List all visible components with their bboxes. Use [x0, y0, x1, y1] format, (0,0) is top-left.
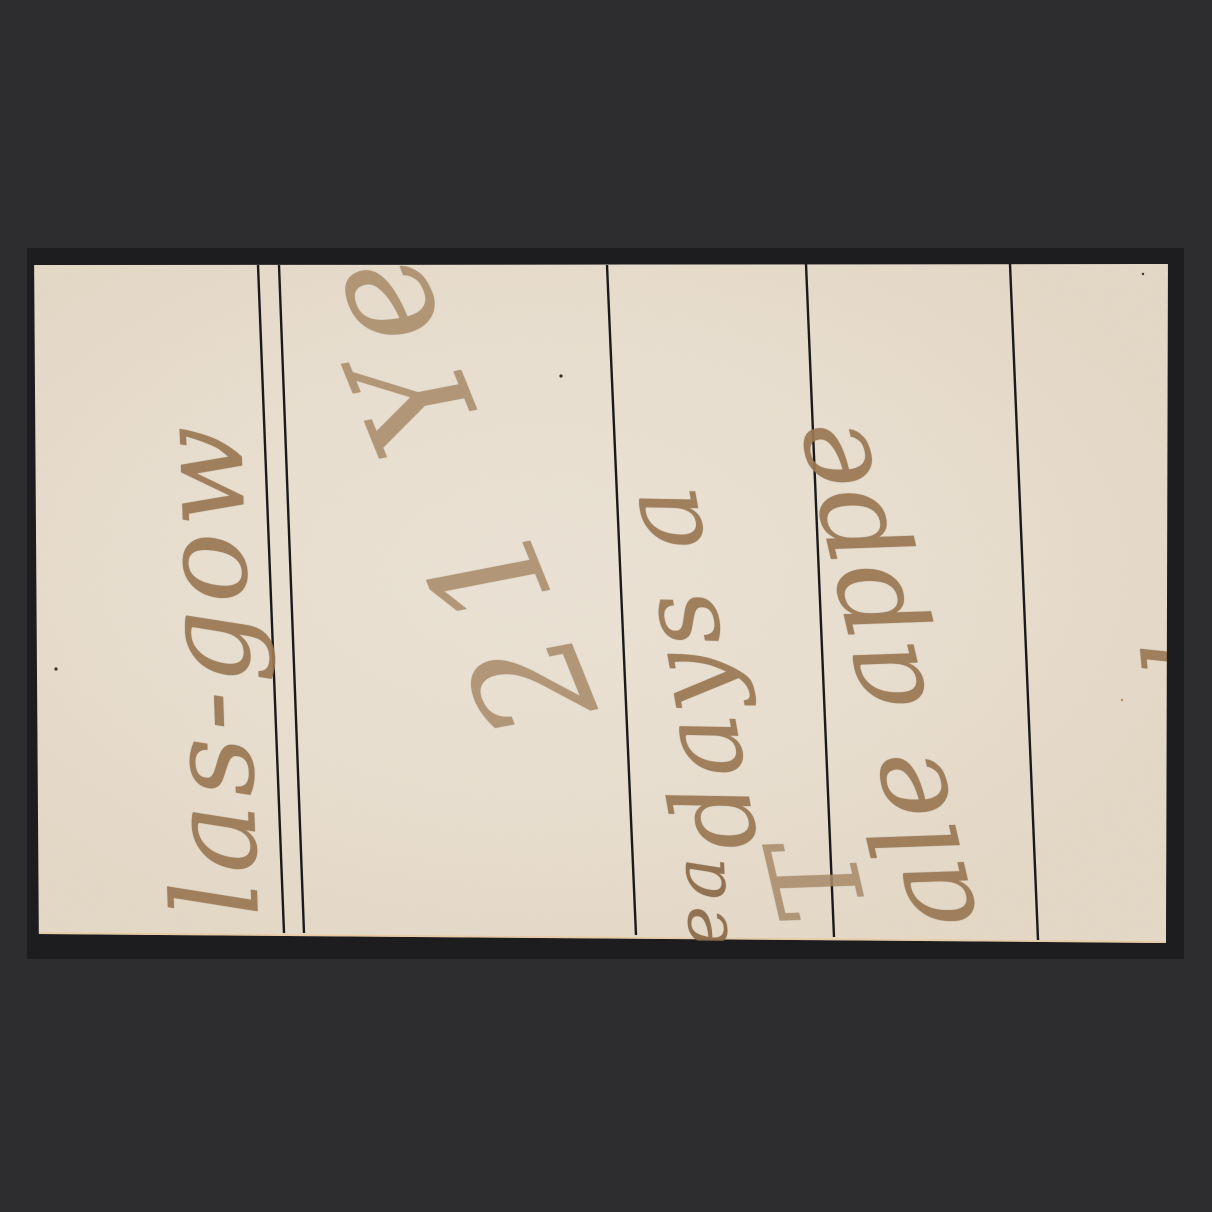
handwriting-column-3-lower: ea: [657, 850, 744, 950]
photo-stage: las-gow 21 Ye days a ea ale appe T and: [0, 0, 1212, 1212]
handwriting-column-1: las-gow: [131, 417, 286, 920]
